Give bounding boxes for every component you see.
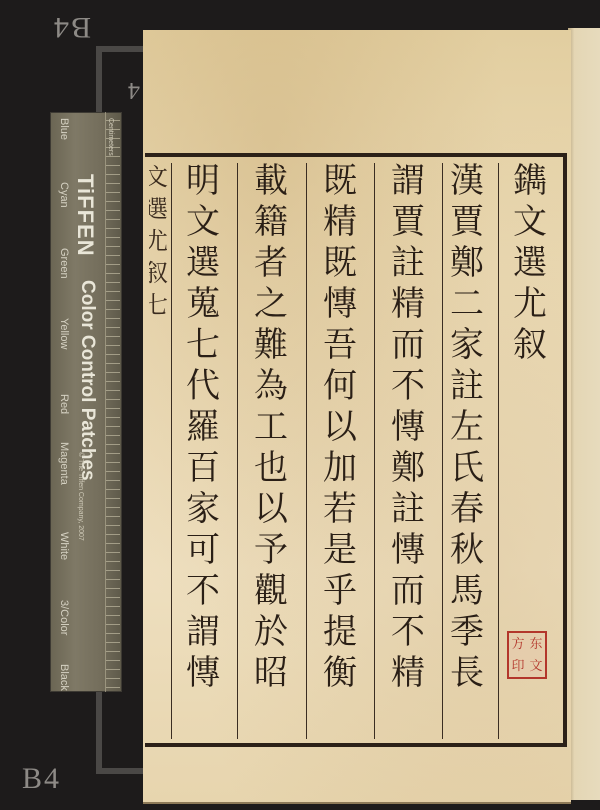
centimeter-ruler xyxy=(105,112,120,692)
strip-brand: TiFFEN xyxy=(72,174,98,257)
patch-label: 3/Color xyxy=(58,600,70,635)
column-rule xyxy=(374,163,375,739)
margin-column: 文選 尤叙 七 xyxy=(143,161,169,321)
column-rule xyxy=(498,163,499,739)
patch-label: Black xyxy=(58,664,70,691)
adjacent-page-edge xyxy=(568,28,600,800)
text-column-1: 漢賈鄭 二家註 左氏春 秋馬季 長 xyxy=(447,161,487,747)
scale-label: Centimeters xyxy=(107,118,114,156)
strip-title: Color Control Patches xyxy=(76,280,98,481)
position-marker-side: 4 xyxy=(126,76,140,103)
text-column-5: 明文選 蒐七代 羅百家 可不謂 慱 xyxy=(183,161,223,747)
position-marker-bottom: B4 xyxy=(22,762,61,796)
patch-label: Blue xyxy=(58,118,70,140)
strip-copyright: © The Tiffen Company, 2007 xyxy=(77,452,84,541)
column-rule xyxy=(306,163,307,739)
patch-label: Yellow xyxy=(58,318,70,349)
position-marker-top: B4 xyxy=(52,10,91,44)
patch-label: Cyan xyxy=(58,182,70,208)
text-column-2: 謂賈註 精而不 慱鄭註 慱而不 精 xyxy=(388,161,428,747)
patch-label: Red xyxy=(58,394,70,414)
text-column-3: 既精既 慱吾何 以加若 是乎提 衡 xyxy=(320,161,360,747)
text-frame: 文選 尤叙 七 明文選 蒐七代 羅百家 可不謂 慱 載籍者 之難為 工也以 予觀… xyxy=(145,153,567,747)
text-column-4: 載籍者 之難為 工也以 予觀於 昭 xyxy=(251,161,291,747)
red-collector-seal: 方东 印文 xyxy=(507,631,547,679)
column-rule xyxy=(237,163,238,739)
color-control-strip: Centimeters TiFFEN Color Control Patches… xyxy=(50,112,122,692)
book-page: 文選 尤叙 七 明文選 蒐七代 羅百家 可不謂 慱 載籍者 之難為 工也以 予觀… xyxy=(143,30,571,802)
patch-label: Green xyxy=(58,248,70,279)
column-rule xyxy=(442,163,443,739)
patch-label: Magenta xyxy=(58,442,70,485)
patch-label: White xyxy=(58,532,70,560)
column-rule xyxy=(171,163,172,739)
